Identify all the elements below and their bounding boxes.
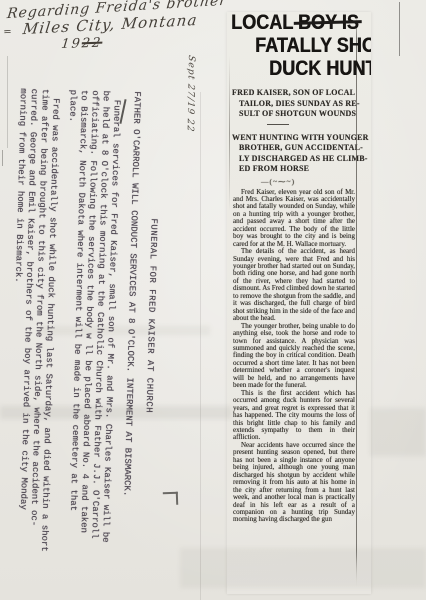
scan-edge-line: [399, 2, 400, 56]
clipping-subhead-1: FRED KAISER, SON OF LOCAL TAILOR, DIES S…: [231, 88, 369, 120]
typed-subtitle: FATHER O'CARROLL WILL CONDUCT SERVICES A…: [118, 91, 142, 579]
paper-smudge: [370, 408, 426, 456]
subhead-divider: [267, 124, 289, 125]
headline-line1-struck: BOY IS: [298, 12, 359, 34]
typed-transcription-sheet: FUNERAL FOR FRED KAISER AT CHURCH FATHER…: [10, 92, 201, 600]
paper-crease: [40, 326, 210, 335]
handwritten-note-year: 1922: [60, 36, 103, 52]
scrapbook-page: Regarding Freida's brother = Miles City,…: [0, 0, 426, 600]
body-paragraph: The younger brother, being unable to do …: [233, 323, 355, 390]
headline-line1: LOCAL BOY IS: [231, 12, 351, 34]
clipping-body: Fred Kaiser, eleven year old son of Mr. …: [227, 189, 371, 524]
clipping-subhead-2: WENT HUNTING WITH YOUNGER BROTHER, GUN A…: [231, 133, 369, 175]
body-paragraph: Near accidents have occurred since the p…: [233, 442, 355, 524]
typed-title: FUNERAL FOR FRED KAISER AT CHURCH: [139, 92, 162, 540]
body-paragraph: This is the first accident which has occ…: [233, 390, 355, 442]
year-prefix: 19: [60, 36, 82, 52]
column-rule-left: [229, 56, 230, 211]
headline-line2: FATALLY SHOT: [255, 34, 355, 57]
headline-line3: DUCK HUNTING: [269, 57, 357, 80]
column-rule-right: [356, 15, 357, 591]
year-struck-digits: 22: [81, 36, 103, 52]
paper-smudge: [180, 548, 426, 588]
headline-line1-normal: LOCAL: [231, 12, 298, 34]
body-paragraph: The details of the accident, as heard Su…: [233, 248, 355, 323]
pen-mark-bracket: [163, 492, 178, 506]
clipping-headline: LOCAL BOY IS FATALLY SHOT DUCK HUNTING: [227, 12, 371, 80]
paper-crease: [0, 406, 232, 419]
paper-fold-line: [7, 56, 8, 148]
stray-mark: [2, 150, 3, 166]
handwritten-ditto-mark: =: [3, 26, 12, 38]
body-paragraph: Fred Kaiser, eleven year old son of Mr. …: [233, 189, 355, 249]
byline-ornament: —(~⁓~): [261, 177, 371, 186]
newspaper-clipping: LOCAL BOY IS FATALLY SHOT DUCK HUNTING F…: [227, 12, 371, 594]
